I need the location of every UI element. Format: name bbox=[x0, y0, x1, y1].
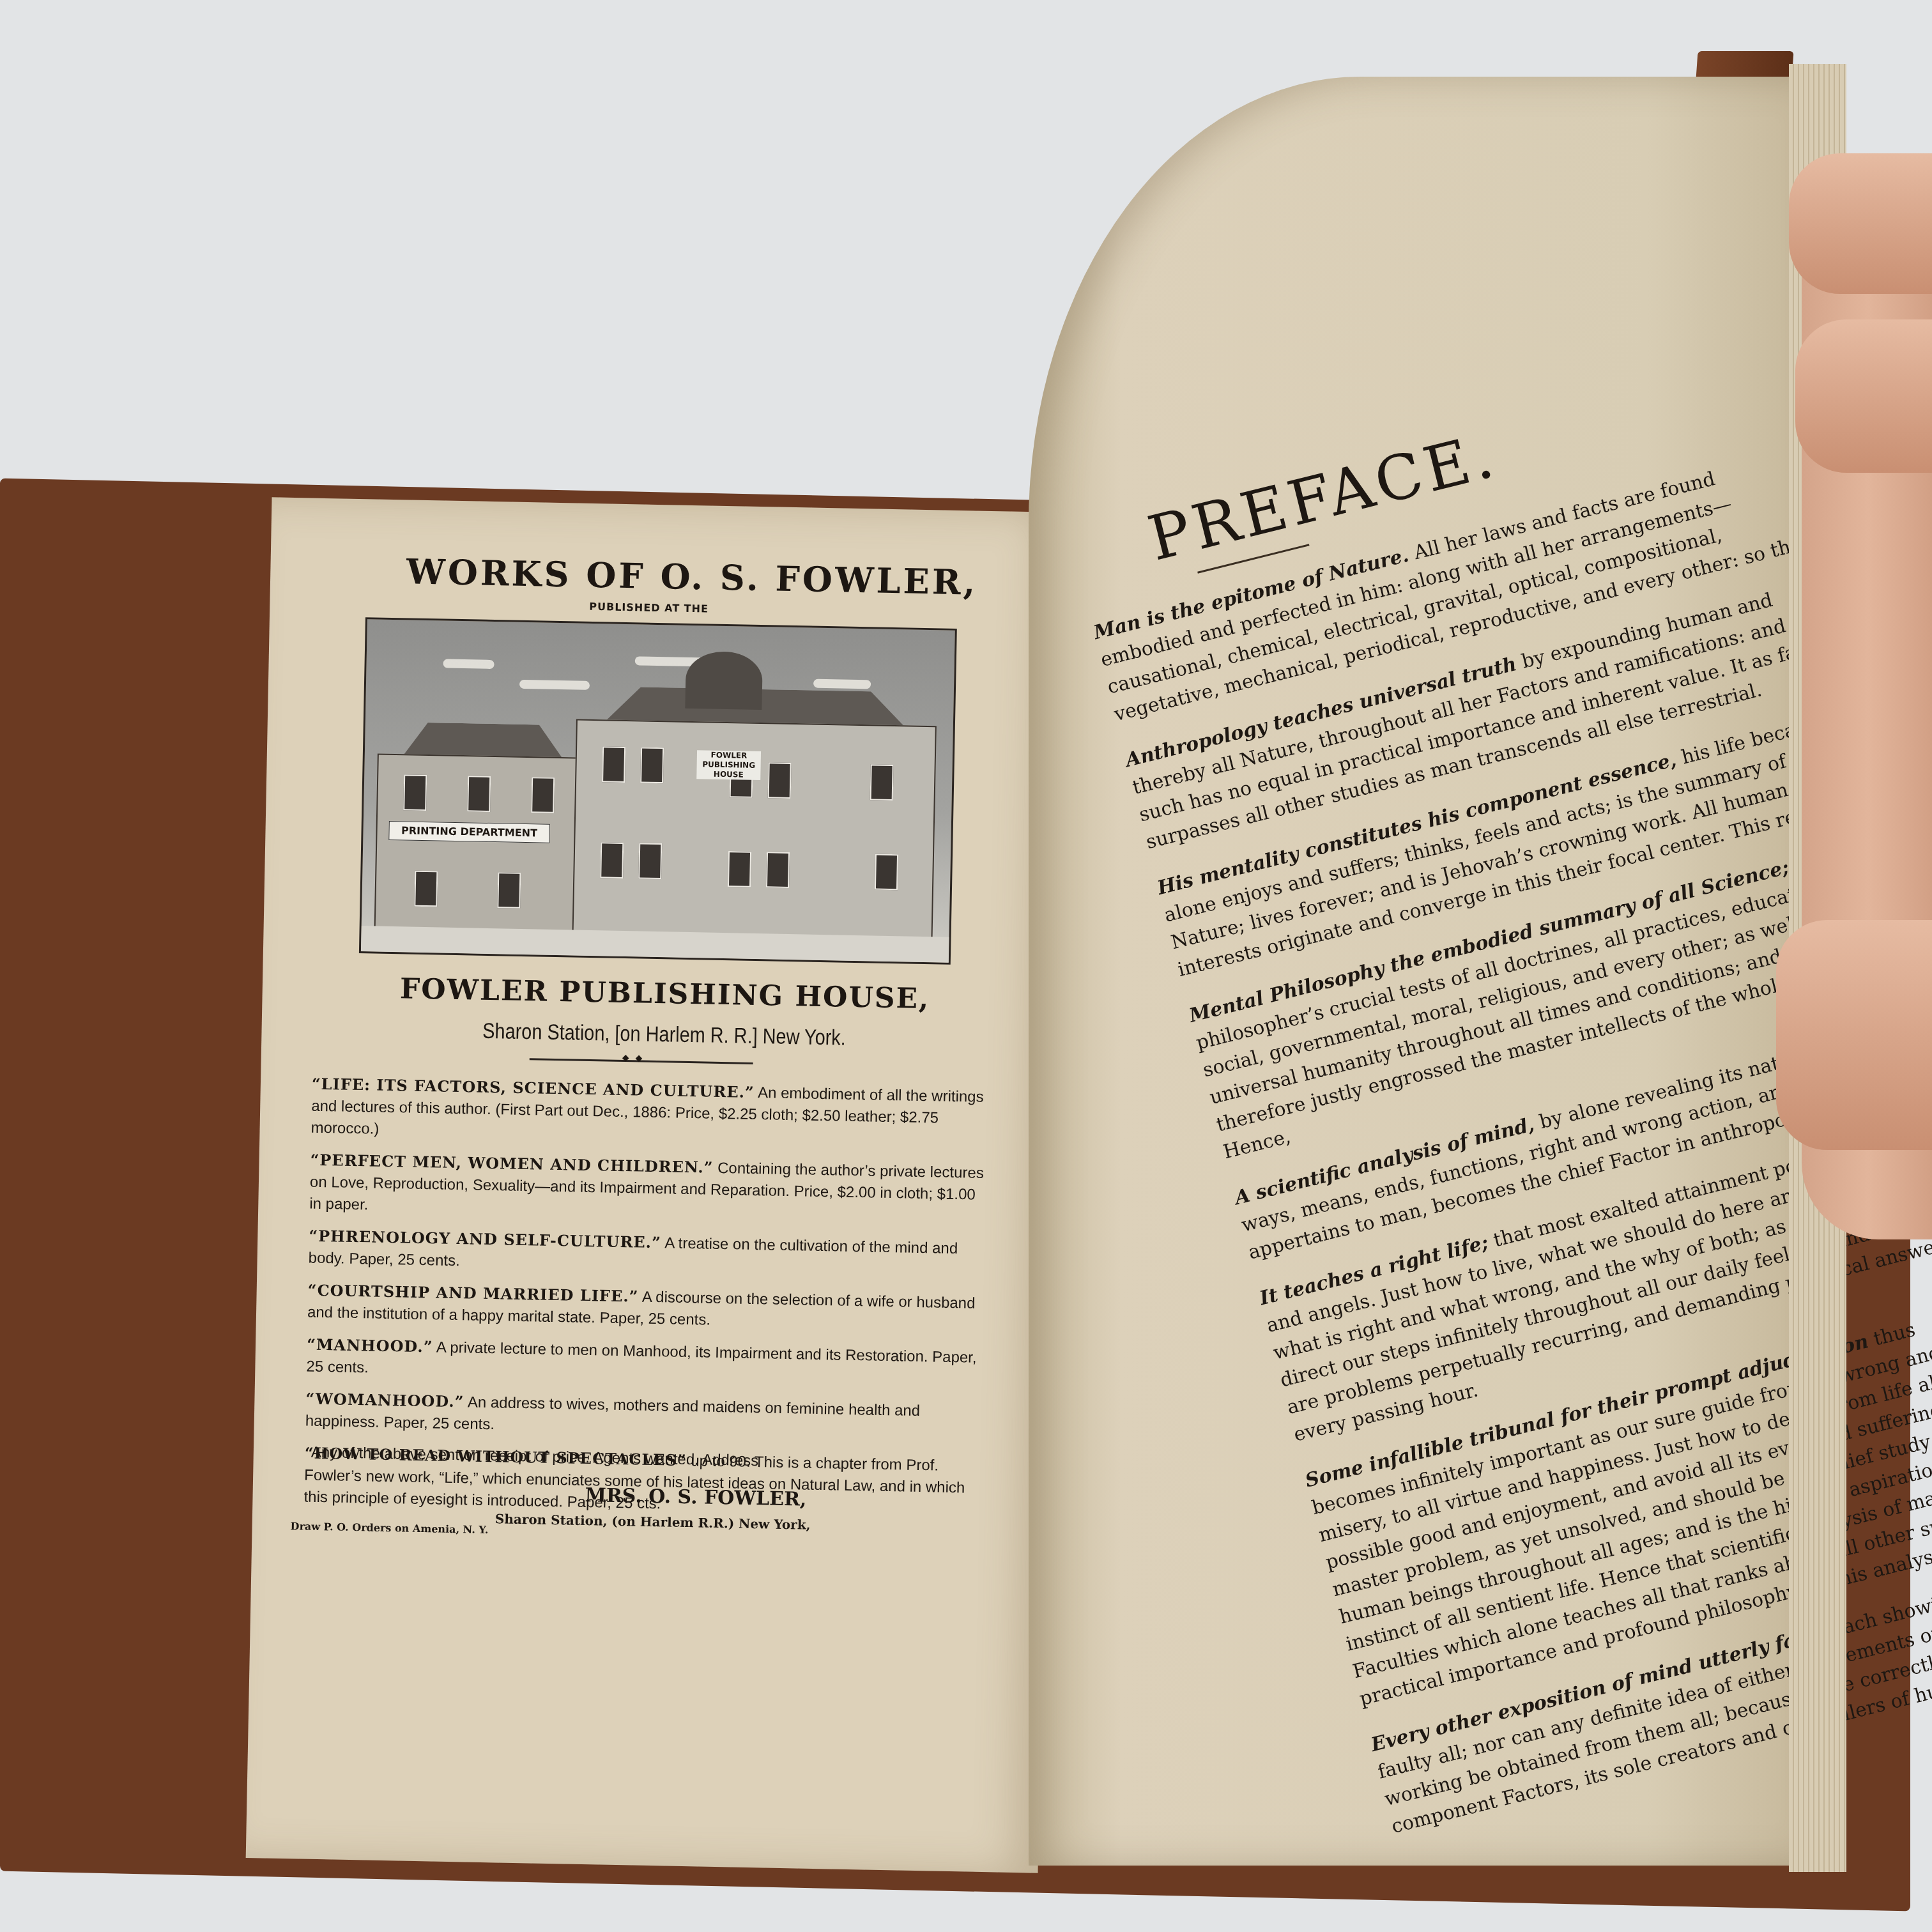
work-title: “COURTSHIP AND MARRIED LIFE.” bbox=[307, 1281, 638, 1306]
draw-orders-note: Draw P. O. Orders on Amenia, N. Y. bbox=[290, 1520, 488, 1536]
printing-building bbox=[374, 754, 585, 933]
contact-name: MRS. O. S. FOWLER, bbox=[585, 1484, 806, 1511]
work-item: “WOMANHOOD.” An address to wives, mother… bbox=[305, 1388, 983, 1445]
ornament-divider bbox=[530, 1058, 753, 1064]
work-title: “MANHOOD.” bbox=[307, 1335, 433, 1356]
work-title: “PERFECT MEN, WOMEN AND CHILDREN.” bbox=[310, 1151, 713, 1177]
work-item: “LIFE: ITS FACTORS, SCIENCE AND CULTURE.… bbox=[310, 1073, 989, 1152]
main-building-cupola bbox=[685, 651, 763, 710]
work-item: “MANHOOD.” A private lecture to men on M… bbox=[306, 1334, 984, 1391]
cloud-icon bbox=[443, 659, 494, 669]
work-title: “PHRENOLOGY AND SELF-CULTURE.” bbox=[309, 1227, 661, 1252]
finger bbox=[1795, 319, 1932, 473]
photo-scene: WORKS OF O. S. FOWLER, PUBLISHED AT THE … bbox=[0, 0, 1932, 1932]
publishing-house-engraving: PRINTING DEPARTMENT FOWLER PUBLISHING HO… bbox=[359, 617, 957, 965]
work-item: “PERFECT MEN, WOMEN AND CHILDREN.” Conta… bbox=[309, 1149, 988, 1228]
hand-holding-book bbox=[1802, 153, 1932, 1239]
printing-department-sign: PRINTING DEPARTMENT bbox=[388, 821, 550, 843]
published-at-label: PUBLISHED AT THE bbox=[589, 601, 709, 615]
cloud-icon bbox=[519, 680, 590, 690]
publishing-house-address: Sharon Station, [on Harlem R. R.] New Yo… bbox=[381, 1017, 947, 1053]
work-item: “COURTSHIP AND MARRIED LIFE.” A discours… bbox=[307, 1280, 985, 1337]
publishing-house-name: FOWLER PUBLISHING HOUSE, bbox=[332, 971, 997, 1016]
fowler-house-sign: FOWLER PUBLISHING HOUSE bbox=[696, 750, 761, 780]
right-page: PREFACE. Man is the epitome of Nature. A… bbox=[1029, 77, 1802, 1866]
left-page: WORKS OF O. S. FOWLER, PUBLISHED AT THE … bbox=[246, 497, 1064, 1873]
finger bbox=[1789, 153, 1932, 294]
works-title: WORKS OF O. S. FOWLER, bbox=[372, 550, 1012, 603]
work-item: “PHRENOLOGY AND SELF-CULTURE.” A treatis… bbox=[308, 1225, 986, 1282]
work-title: “LIFE: ITS FACTORS, SCIENCE AND CULTURE.… bbox=[312, 1075, 755, 1101]
cloud-icon bbox=[813, 679, 871, 689]
work-title: “WOMANHOOD.” bbox=[305, 1390, 464, 1411]
thumb bbox=[1776, 920, 1932, 1150]
